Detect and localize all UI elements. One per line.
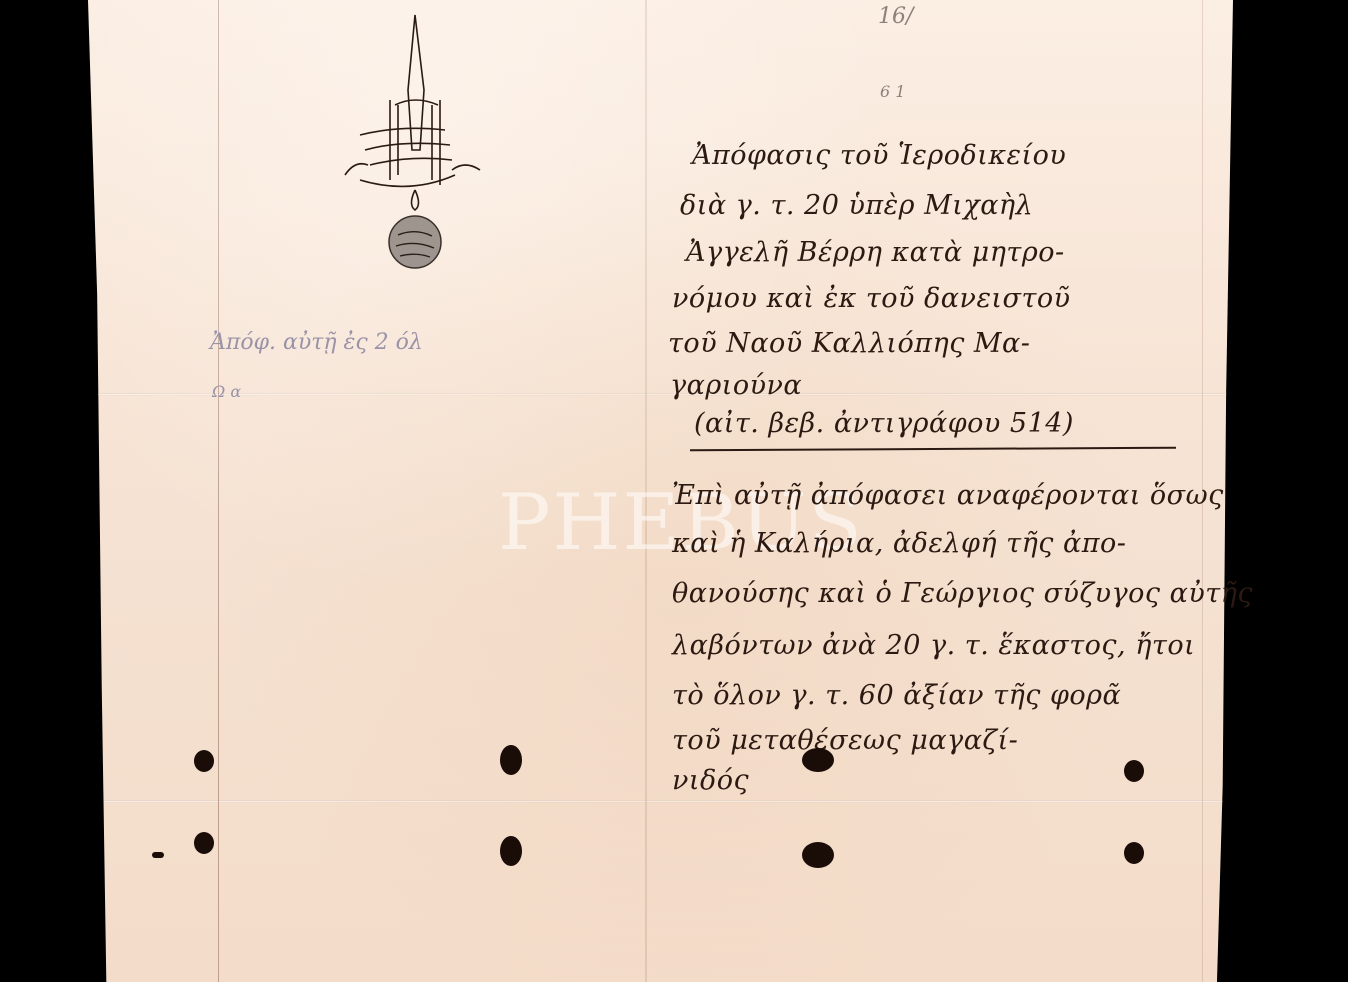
body-line-2: καὶ ἡ Καλήρια, ἀδελφή τῆς ἀπο- [672, 528, 1126, 559]
reference-line: (αἰτ. βεβ. ἀντιγράφου 514) [694, 408, 1074, 439]
title-line-1: Ἀπόφασις τοῦ Ἱεροδικείου [692, 140, 1066, 171]
title-line-4: νόμου καὶ ἐκ τοῦ δανειστοῦ [672, 283, 1071, 314]
title-line-2: διὰ γ. τ. 20 ὑπὲρ Μιχαὴλ [680, 190, 1033, 221]
punch-hole [1124, 842, 1144, 864]
page-number: 16/ [878, 4, 913, 29]
body-line-3: θανούσης καὶ ὁ Γεώργιος σύζυγος αὐτῆς [672, 578, 1253, 609]
body-line-6: τοῦ μεταθέσεως μαγαζί- [672, 725, 1018, 756]
pencil-note-line2: Ω α [212, 382, 241, 401]
body-line-7: νιδός [672, 765, 749, 796]
pencil-note: Ἀπόφ. αὐτῇ ἐς 2 όλ [210, 330, 423, 355]
margin-rule-left [218, 0, 219, 982]
punch-hole [194, 750, 214, 772]
title-line-5: τοῦ Ναοῦ Καλλιόπης Μα- [668, 328, 1030, 359]
tear-mark [152, 852, 164, 858]
horizontal-fold-upper [88, 393, 1233, 396]
title-line-3: Ἀγγελῆ Βέρρη κατὰ μητρο- [686, 237, 1065, 268]
body-line-5: τὸ ὅλον γ. τ. 60 ἀξίαν τῆς φορᾶ [672, 680, 1121, 711]
body-line-1: Ἐπὶ αὐτῇ ἀπόφασει αναφέρονται ὅσως [672, 480, 1224, 511]
page-mark: 6 1 [880, 82, 905, 101]
punch-hole [1124, 760, 1144, 782]
horizontal-fold-lower [88, 800, 1233, 803]
punch-hole [500, 745, 522, 775]
body-line-4: λαβόντων ἀνὰ 20 γ. τ. ἕκαστος, ἤτοι [672, 630, 1195, 661]
punch-hole [802, 748, 834, 772]
punch-hole [802, 842, 834, 868]
punch-hole [500, 836, 522, 866]
punch-hole [194, 832, 214, 854]
tughra-icon [340, 10, 490, 270]
title-line-6: γαριούνα [670, 370, 802, 401]
